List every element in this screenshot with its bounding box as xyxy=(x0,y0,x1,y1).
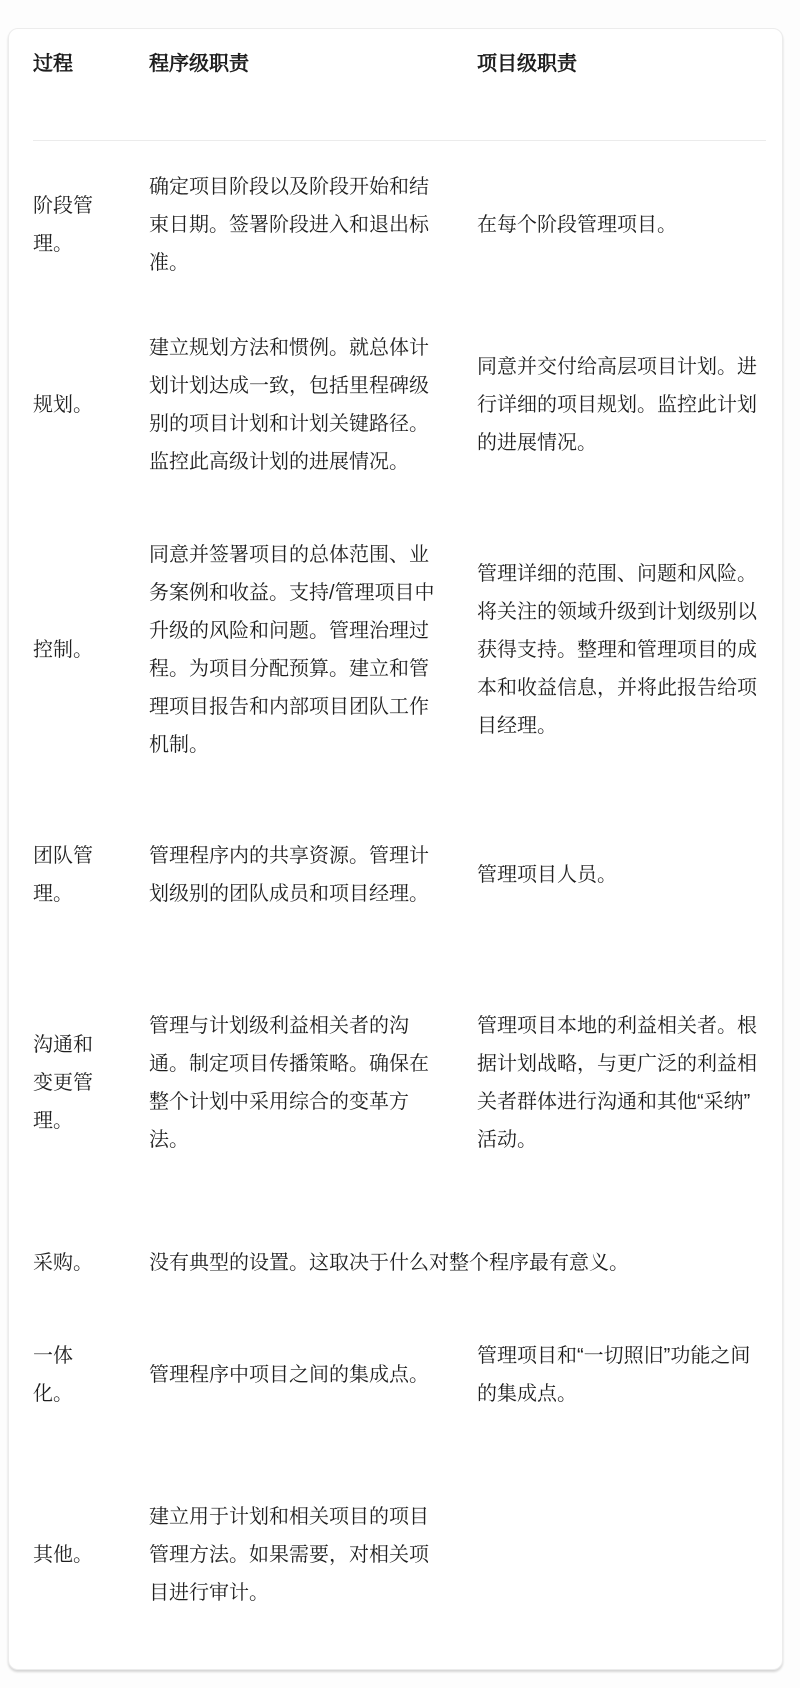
table-row: 规划。 建立规划方法和惯例。就总体计划计划达成一致，包括里程碑级别的项目计划和计… xyxy=(33,310,766,500)
project-cell: 管理详细的范围、问题和风险。将关注的领域升级到计划级别以获得支持。整理和管理项目… xyxy=(477,500,766,800)
column-header-process: 过程 xyxy=(33,29,149,140)
program-cell: 建立规划方法和惯例。就总体计划计划达成一致，包括里程碑级别的项目计划和计划关键路… xyxy=(149,310,477,500)
process-cell: 采购。 xyxy=(33,1215,149,1310)
process-cell: 团队管理。 xyxy=(33,800,149,950)
program-cell: 确定项目阶段以及阶段开始和结束日期。签署阶段进入和退出标准。 xyxy=(149,140,477,310)
table-row: 采购。 没有典型的设置。这取决于什么对整个程序最有意义。 xyxy=(33,1215,766,1310)
table-row: 沟通和变更管理。 管理与计划级利益相关者的沟通。制定项目传播策略。确保在整个计划… xyxy=(33,950,766,1215)
project-cell: 管理项目和“一切照旧”功能之间的集成点。 xyxy=(477,1310,766,1440)
process-cell: 阶段管理。 xyxy=(33,140,149,310)
responsibilities-table: 过程 程序级职责 项目级职责 阶段管理。 确定项目阶段以及阶段开始和结束日期。签… xyxy=(33,29,766,1670)
column-header-program: 程序级职责 xyxy=(149,29,477,140)
process-cell: 沟通和变更管理。 xyxy=(33,950,149,1215)
program-cell: 管理程序中项目之间的集成点。 xyxy=(149,1310,477,1440)
project-cell: 同意并交付给高层项目计划。进行详细的项目规划。监控此计划的进展情况。 xyxy=(477,310,766,500)
table-row: 控制。 同意并签署项目的总体范围、业务案例和收益。支持/管理项目中升级的风险和问… xyxy=(33,500,766,800)
table-row: 一体化。 管理程序中项目之间的集成点。 管理项目和“一切照旧”功能之间的集成点。 xyxy=(33,1310,766,1440)
table-row: 团队管理。 管理程序内的共享资源。管理计划级别的团队成员和项目经理。 管理项目人… xyxy=(33,800,766,950)
project-cell: 管理项目本地的利益相关者。根据计划战略，与更广泛的利益相关者群体进行沟通和其他“… xyxy=(477,950,766,1215)
project-cell xyxy=(477,1440,766,1670)
process-cell: 一体化。 xyxy=(33,1310,149,1440)
project-cell: 管理项目人员。 xyxy=(477,800,766,950)
program-cell: 没有典型的设置。这取决于什么对整个程序最有意义。 xyxy=(149,1215,766,1310)
process-cell: 规划。 xyxy=(33,310,149,500)
program-cell: 管理与计划级利益相关者的沟通。制定项目传播策略。确保在整个计划中采用综合的变革方… xyxy=(149,950,477,1215)
header-row: 过程 程序级职责 项目级职责 xyxy=(33,29,766,140)
table-row: 其他。 建立用于计划和相关项目的项目管理方法。如果需要，对相关项目进行审计。 xyxy=(33,1440,766,1670)
program-cell: 管理程序内的共享资源。管理计划级别的团队成员和项目经理。 xyxy=(149,800,477,950)
project-cell: 在每个阶段管理项目。 xyxy=(477,140,766,310)
page: 过程 程序级职责 项目级职责 阶段管理。 确定项目阶段以及阶段开始和结束日期。签… xyxy=(0,0,800,1688)
column-header-project: 项目级职责 xyxy=(477,29,766,140)
process-cell: 其他。 xyxy=(33,1440,149,1670)
table-card: 过程 程序级职责 项目级职责 阶段管理。 确定项目阶段以及阶段开始和结束日期。签… xyxy=(8,28,783,1670)
process-cell: 控制。 xyxy=(33,500,149,800)
program-cell: 同意并签署项目的总体范围、业务案例和收益。支持/管理项目中升级的风险和问题。管理… xyxy=(149,500,477,800)
table-row: 阶段管理。 确定项目阶段以及阶段开始和结束日期。签署阶段进入和退出标准。 在每个… xyxy=(33,140,766,310)
program-cell: 建立用于计划和相关项目的项目管理方法。如果需要，对相关项目进行审计。 xyxy=(149,1440,477,1670)
